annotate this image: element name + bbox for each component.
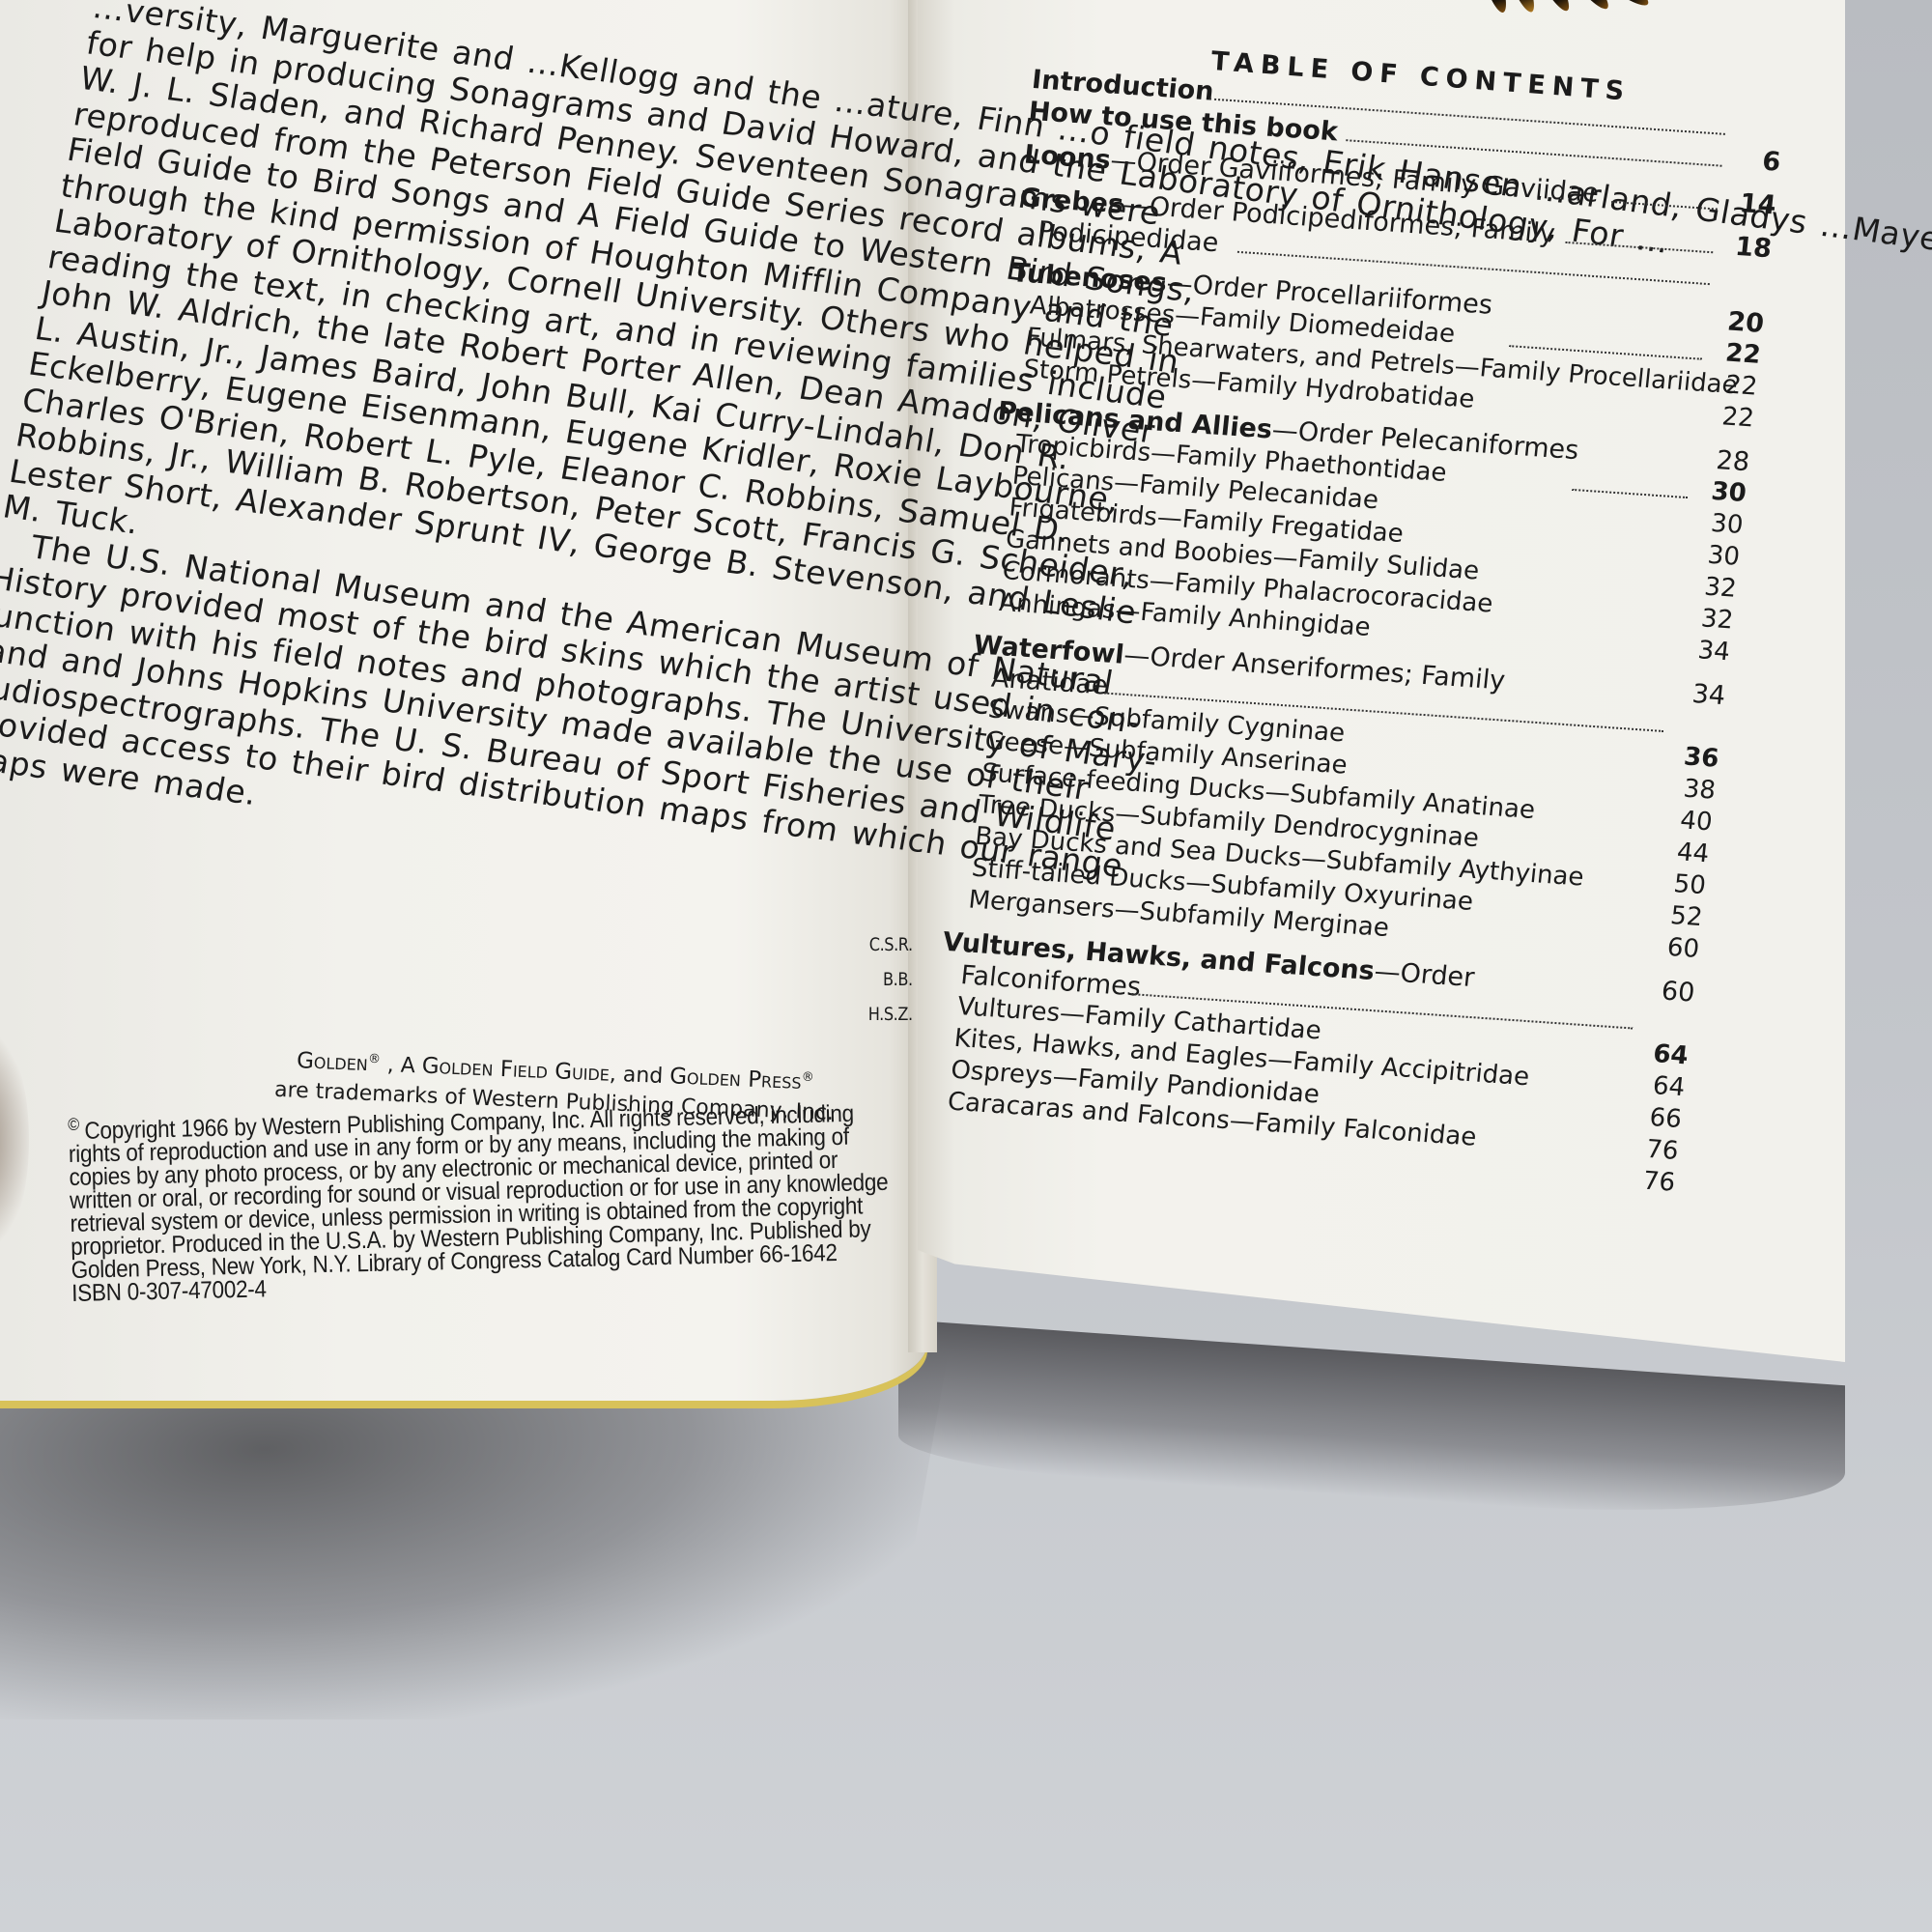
initials-csr: C.S.R. [855, 927, 913, 962]
acknowledgments-text: …versity, Marguerite and …Kellogg and th… [0, 0, 959, 883]
registered-mark: ® [801, 1070, 814, 1086]
bird-illustration-icon [1488, 0, 1642, 19]
toc-page-number: 32 [1687, 570, 1738, 605]
toc-page-number: 38 [1665, 772, 1717, 807]
toc-page-number: 76 [1629, 1133, 1680, 1168]
toc-page-number: 52 [1653, 899, 1704, 934]
toc-page-number: 30 [1690, 539, 1741, 574]
toc-page-number: 22 [1704, 400, 1755, 435]
toc-page-number: 30 [1696, 475, 1747, 510]
table-of-contents: IntroductionHow to use this book6Loons—O… [922, 64, 1785, 1200]
toc-page-number: 18 [1721, 230, 1773, 265]
author-initials: C.S.R. B.B. H.S.Z. [855, 927, 913, 1032]
dot-leader [1565, 241, 1713, 253]
toc-page-number: 20 [1714, 305, 1765, 340]
copyright-symbol: © [68, 1115, 79, 1134]
toc-page-number: 60 [1645, 974, 1696, 1009]
toc-page-number: 66 [1632, 1101, 1683, 1136]
toc-page-number: 34 [1680, 634, 1731, 668]
toc-page-number: 34 [1675, 677, 1726, 712]
toc-page-number: 50 [1656, 867, 1707, 902]
initials-hsz: H.S.Z. [855, 997, 913, 1032]
toc-page-number: 76 [1625, 1165, 1676, 1200]
trademark-golden: Golden [297, 1048, 369, 1076]
toc-page-number: 30 [1693, 507, 1745, 542]
copyright-notice: ©Copyright 1966 by Western Publishing Co… [68, 1095, 854, 1306]
toc-page-number: 64 [1634, 1069, 1686, 1104]
trademark-field-guide: Golden Field Guide [421, 1054, 610, 1087]
toc-page-number: 6 [1731, 143, 1782, 178]
dot-leader [1611, 201, 1718, 210]
registered-mark: ® [368, 1052, 382, 1067]
toc-page-number: 40 [1662, 804, 1714, 838]
dot-leader [1572, 489, 1688, 498]
toc-page-number: 64 [1638, 1037, 1690, 1072]
toc-page-number: 32 [1683, 602, 1734, 637]
toc-page-number: 60 [1649, 931, 1700, 966]
toc-page-number: 14 [1726, 186, 1777, 221]
toc-page-number: 36 [1669, 741, 1720, 776]
toc-page-number: 22 [1707, 368, 1758, 403]
toc-page-number: 28 [1699, 443, 1750, 478]
initials-bb: B.B. [855, 962, 913, 997]
book-shadow-right [898, 1320, 1845, 1531]
toc-page-number: 22 [1711, 337, 1762, 372]
toc-page-number: 44 [1659, 836, 1710, 870]
trademark-press: Golden Press [669, 1064, 802, 1094]
toc-entry-heading: Loons [1023, 140, 1113, 176]
